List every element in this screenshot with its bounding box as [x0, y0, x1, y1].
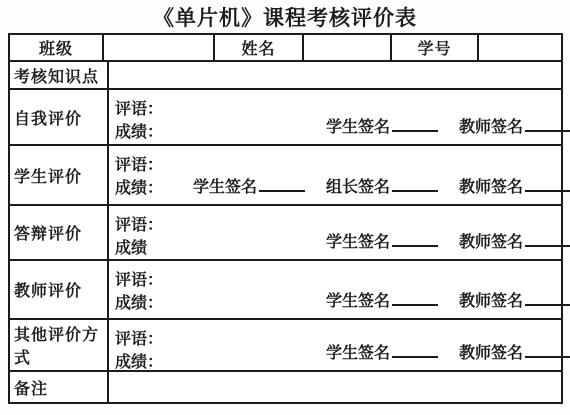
signature-line	[392, 119, 438, 132]
signature-field: 教师签名	[459, 174, 570, 197]
eval-row-defense: 答辩评价 评语： 成绩 学生签名 教师签名	[10, 206, 561, 261]
class-value-cell	[104, 35, 215, 60]
signature-line	[392, 179, 438, 192]
remarks-row-value-cell	[109, 372, 561, 402]
signature-field: 学生签名	[326, 229, 438, 252]
score-label: 成绩：	[115, 290, 163, 313]
score-label: 成绩：	[115, 119, 163, 142]
signature-label: 教师签名	[459, 234, 523, 251]
signature-field: 教师签名	[459, 340, 570, 363]
signature-line	[525, 119, 570, 132]
eval-row-label: 教师评价	[10, 261, 109, 318]
signature-field: 组长签名	[326, 174, 438, 197]
knowledge-row-value-cell	[109, 62, 561, 88]
header-row: 班级 姓名 学号	[10, 35, 561, 62]
knowledge-row: 考核知识点	[10, 62, 561, 90]
signature-label: 教师签名	[459, 119, 523, 136]
comment-label: 评语：	[115, 96, 163, 119]
eval-row-self: 自我评价 评语： 成绩： 学生签名 教师签名	[10, 90, 561, 146]
comment-label: 评语：	[115, 152, 163, 175]
remarks-row: 备注	[10, 372, 561, 402]
eval-row-student: 学生评价 评语： 成绩： 学生签名 组长签名 教师签名	[10, 146, 561, 206]
signature-line	[392, 345, 438, 358]
signature-line	[525, 179, 570, 192]
signature-field: 教师签名	[459, 229, 570, 252]
eval-row-teacher: 教师评价 评语： 成绩： 学生签名 教师签名	[10, 261, 561, 320]
signature-field: 学生签名	[193, 174, 305, 197]
eval-row-content: 评语： 成绩： 学生签名 组长签名 教师签名	[109, 146, 561, 204]
signature-label: 教师签名	[459, 179, 523, 196]
signature-field: 学生签名	[326, 288, 438, 311]
score-label: 成绩：	[115, 349, 163, 372]
eval-row-label: 其他评价方式	[10, 320, 109, 370]
eval-row-label: 学生评价	[10, 146, 109, 204]
signature-line	[392, 234, 438, 247]
signature-label: 学生签名	[326, 234, 390, 251]
eval-row-label: 自我评价	[10, 90, 109, 144]
signature-label: 教师签名	[459, 345, 523, 362]
signature-line	[525, 293, 570, 306]
remarks-row-label: 备注	[10, 372, 109, 402]
signature-line	[392, 293, 438, 306]
student-id-label: 学号	[392, 35, 479, 60]
signature-label: 学生签名	[193, 179, 257, 196]
eval-row-content: 评语： 成绩 学生签名 教师签名	[109, 206, 561, 259]
comment-label: 评语：	[115, 326, 163, 349]
student-id-value-cell	[479, 35, 561, 60]
comment-label: 评语：	[115, 212, 163, 235]
class-label: 班级	[10, 35, 104, 60]
signature-label: 学生签名	[326, 119, 390, 136]
name-value-cell	[304, 35, 392, 60]
signature-line	[525, 345, 570, 358]
signature-field: 教师签名	[459, 114, 570, 137]
assessment-form-table: 班级 姓名 学号 考核知识点 自我评价 评语： 成绩： 学生签名 教师签名 学生…	[8, 33, 563, 404]
signature-label: 学生签名	[326, 293, 390, 310]
signature-label: 组长签名	[326, 179, 390, 196]
signature-line	[525, 234, 570, 247]
knowledge-row-label: 考核知识点	[10, 62, 109, 88]
signature-field: 学生签名	[326, 340, 438, 363]
eval-row-content: 评语： 成绩： 学生签名 教师签名	[109, 90, 561, 144]
signature-field: 学生签名	[326, 114, 438, 137]
name-label: 姓名	[215, 35, 304, 60]
eval-row-content: 评语： 成绩： 学生签名 教师签名	[109, 261, 561, 318]
eval-row-content: 评语： 成绩： 学生签名 教师签名	[109, 320, 561, 370]
comment-label: 评语：	[115, 267, 163, 290]
signature-label: 学生签名	[326, 345, 390, 362]
score-label: 成绩：	[115, 175, 163, 198]
score-label: 成绩	[115, 235, 147, 258]
form-title: 《单片机》课程考核评价表	[0, 2, 570, 32]
eval-row-other: 其他评价方式 评语： 成绩： 学生签名 教师签名	[10, 320, 561, 372]
signature-line	[259, 179, 305, 192]
signature-field: 教师签名	[459, 288, 570, 311]
eval-row-label: 答辩评价	[10, 206, 109, 259]
signature-label: 教师签名	[459, 293, 523, 310]
